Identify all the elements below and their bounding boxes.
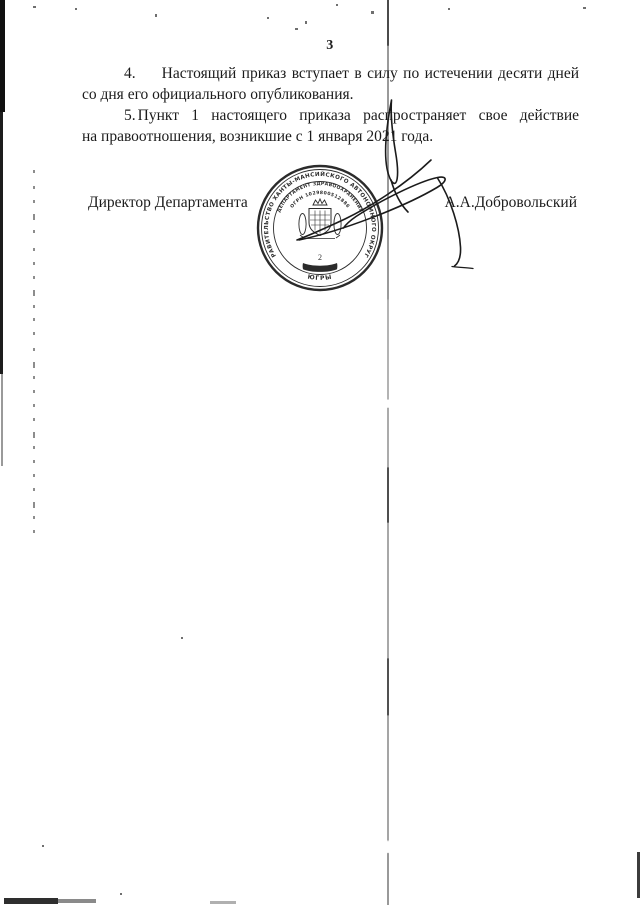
scan-speck <box>267 17 269 19</box>
scan-dash <box>33 446 35 449</box>
scan-speck <box>33 6 36 8</box>
paragraph-line: 4.Настоящий приказ вступает в силу по ис… <box>82 63 579 84</box>
scan-speck <box>295 28 298 30</box>
order-text: 4.Настоящий приказ вступает в силу по ис… <box>82 63 579 147</box>
scan-dash <box>33 230 35 233</box>
scan-speck <box>305 21 307 24</box>
scan-speck <box>336 4 338 6</box>
scan-dash <box>33 214 35 220</box>
order-paragraph-5: 5.Пункт 1 настоящего приказа распростран… <box>82 105 579 147</box>
scan-dash <box>33 502 35 508</box>
paragraph-line: 5.Пункт 1 настоящего приказа распростран… <box>82 105 579 126</box>
scan-dash <box>33 474 35 477</box>
scan-speck <box>42 845 44 847</box>
scan-dash <box>33 318 35 321</box>
scan-edge-artifact <box>0 0 5 112</box>
scan-dash <box>33 348 35 351</box>
scan-smudge <box>210 901 236 904</box>
scan-dash <box>33 248 35 251</box>
scan-dash <box>33 362 35 368</box>
scan-smudge <box>58 899 96 903</box>
scan-dash <box>33 200 35 203</box>
scan-dash <box>33 418 35 421</box>
scan-dash <box>33 186 35 189</box>
scan-dash <box>33 305 35 308</box>
scan-dash <box>33 332 35 335</box>
paragraph-text: Пункт 1 настоящего приказа распространяе… <box>138 107 579 124</box>
scan-speck <box>181 637 183 639</box>
official-stamp: ПРАВИТЕЛЬСТВО ХАНТЫ-МАНСИЙСКОГО АВТОНОМН… <box>253 161 387 295</box>
signer-name: А.А.Добровольский <box>445 194 577 212</box>
scan-dash <box>33 170 35 173</box>
scan-dash <box>33 516 35 519</box>
stamp-banner <box>303 263 338 272</box>
scanned-document-page: 3 4.Настоящий приказ вступает в силу по … <box>0 0 640 905</box>
scan-edge-artifact <box>0 112 3 374</box>
scan-smudge <box>4 898 58 904</box>
paragraph-marker: 5. <box>124 107 136 124</box>
paragraph-line: со дня его официального опубликования. <box>82 84 579 105</box>
scan-dash <box>33 262 35 265</box>
paragraph-marker: 4. <box>124 65 136 82</box>
scan-speck <box>583 7 586 9</box>
scan-dash <box>33 390 35 393</box>
order-paragraph-4: 4.Настоящий приказ вступает в силу по ис… <box>82 63 579 105</box>
scan-dash <box>33 488 35 491</box>
scan-dash <box>33 290 35 296</box>
scan-speck <box>155 14 157 17</box>
paragraph-line: на правоотношения, возникшие с 1 января … <box>82 126 579 147</box>
scan-dash <box>33 404 35 407</box>
scan-dash <box>33 460 35 463</box>
stamp-number: 2 <box>318 253 322 262</box>
scan-speck <box>75 8 77 10</box>
scan-dash <box>33 530 35 533</box>
page-number: 3 <box>318 38 342 54</box>
scan-edge-artifact <box>1 374 3 466</box>
scan-speck <box>371 11 374 14</box>
coat-of-arms-icon <box>299 199 341 239</box>
scan-speck <box>448 8 450 10</box>
paragraph-text: Настоящий приказ вступает в силу по исте… <box>162 65 579 82</box>
scan-dash <box>33 276 35 279</box>
scan-dash <box>33 432 35 438</box>
scan-speck <box>120 893 122 895</box>
scan-dash <box>33 376 35 379</box>
signer-title: Директор Департамента <box>88 194 248 212</box>
